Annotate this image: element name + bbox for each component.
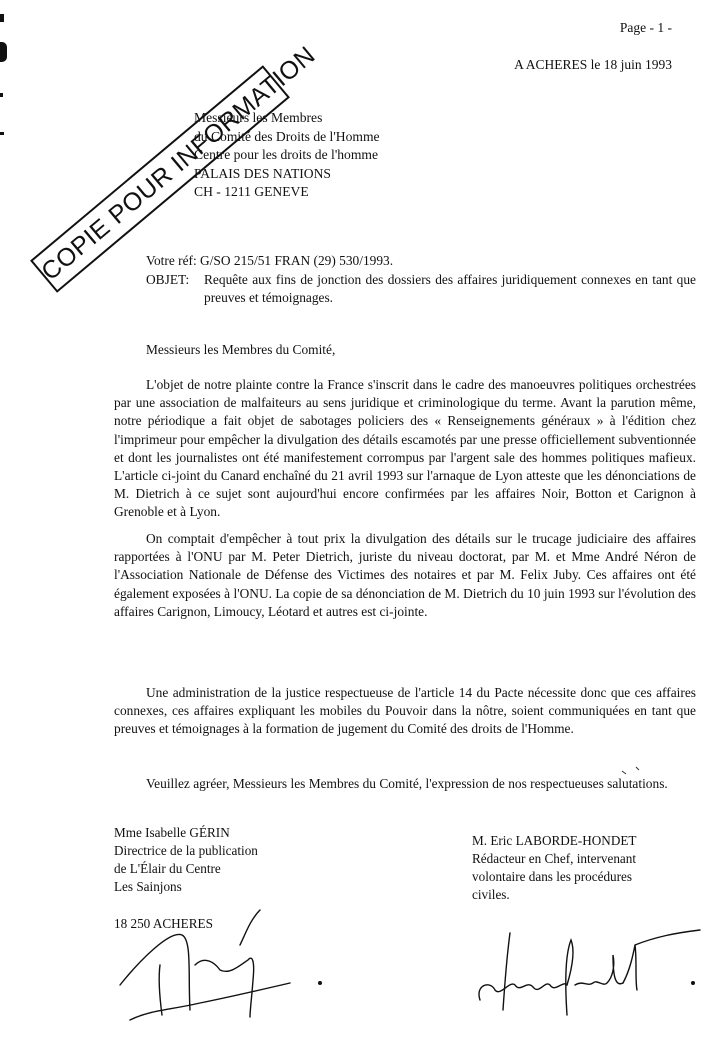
recipient-line: PALAIS DES NATIONS: [194, 165, 380, 184]
paragraph-text: On comptait d'empêcher à tout prix la di…: [114, 530, 696, 621]
paragraph-text: Veuillez agréer, Messieurs les Membres d…: [114, 775, 696, 793]
page-number: Page - 1 -: [620, 20, 672, 36]
right-signatory: M. Eric LABORDE-HONDET Rédacteur en Chef…: [472, 832, 636, 904]
signatory-title: Rédacteur en Chef, intervenant: [472, 850, 636, 868]
signatory-title: Les Sainjons: [114, 878, 258, 896]
body-paragraph: On comptait d'empêcher à tout prix la di…: [114, 530, 696, 621]
signatory-title: Directrice de la publication: [114, 842, 258, 860]
signatory-name: M. Eric LABORDE-HONDET: [472, 832, 636, 850]
closing-paragraph: Veuillez agréer, Messieurs les Membres d…: [114, 775, 696, 793]
stray-mark: [620, 765, 650, 785]
object-label: OBJET:: [146, 271, 204, 308]
paragraph-text: L'objet de notre plainte contre la Franc…: [114, 376, 696, 522]
scan-edge-mark: [0, 42, 7, 62]
scan-edge-mark: [0, 14, 4, 22]
signatory-title: volontaire dans les procédures: [472, 868, 636, 886]
signatory-name: Mme Isabelle GÉRIN: [114, 824, 258, 842]
left-signatory: Mme Isabelle GÉRIN Directrice de la publ…: [114, 824, 258, 896]
body-paragraph: Une administration de la justice respect…: [114, 684, 696, 739]
body-paragraph: L'objet de notre plainte contre la Franc…: [114, 376, 696, 522]
scan-edge-mark: [0, 93, 3, 97]
object-text: Requête aux fins de jonction des dossier…: [204, 271, 696, 308]
signatory-title: civiles.: [472, 886, 636, 904]
salutation: Messieurs les Membres du Comité,: [146, 342, 335, 358]
recipient-line: CH - 1211 GENEVE: [194, 183, 380, 202]
scan-edge-mark: [0, 132, 4, 135]
paragraph-text: Une administration de la justice respect…: [114, 684, 696, 739]
reference-block: Votre réf: G/SO 215/51 FRAN (29) 530/199…: [146, 252, 696, 308]
place-and-date: A ACHERES le 18 juin 1993: [514, 57, 672, 73]
reference-line: Votre réf: G/SO 215/51 FRAN (29) 530/199…: [146, 252, 696, 271]
signatory-title: de L'Élair du Centre: [114, 860, 258, 878]
left-signature-icon: [110, 905, 330, 1030]
right-signature-icon: [455, 925, 705, 1025]
object-row: OBJET: Requête aux fins de jonction des …: [146, 271, 696, 308]
